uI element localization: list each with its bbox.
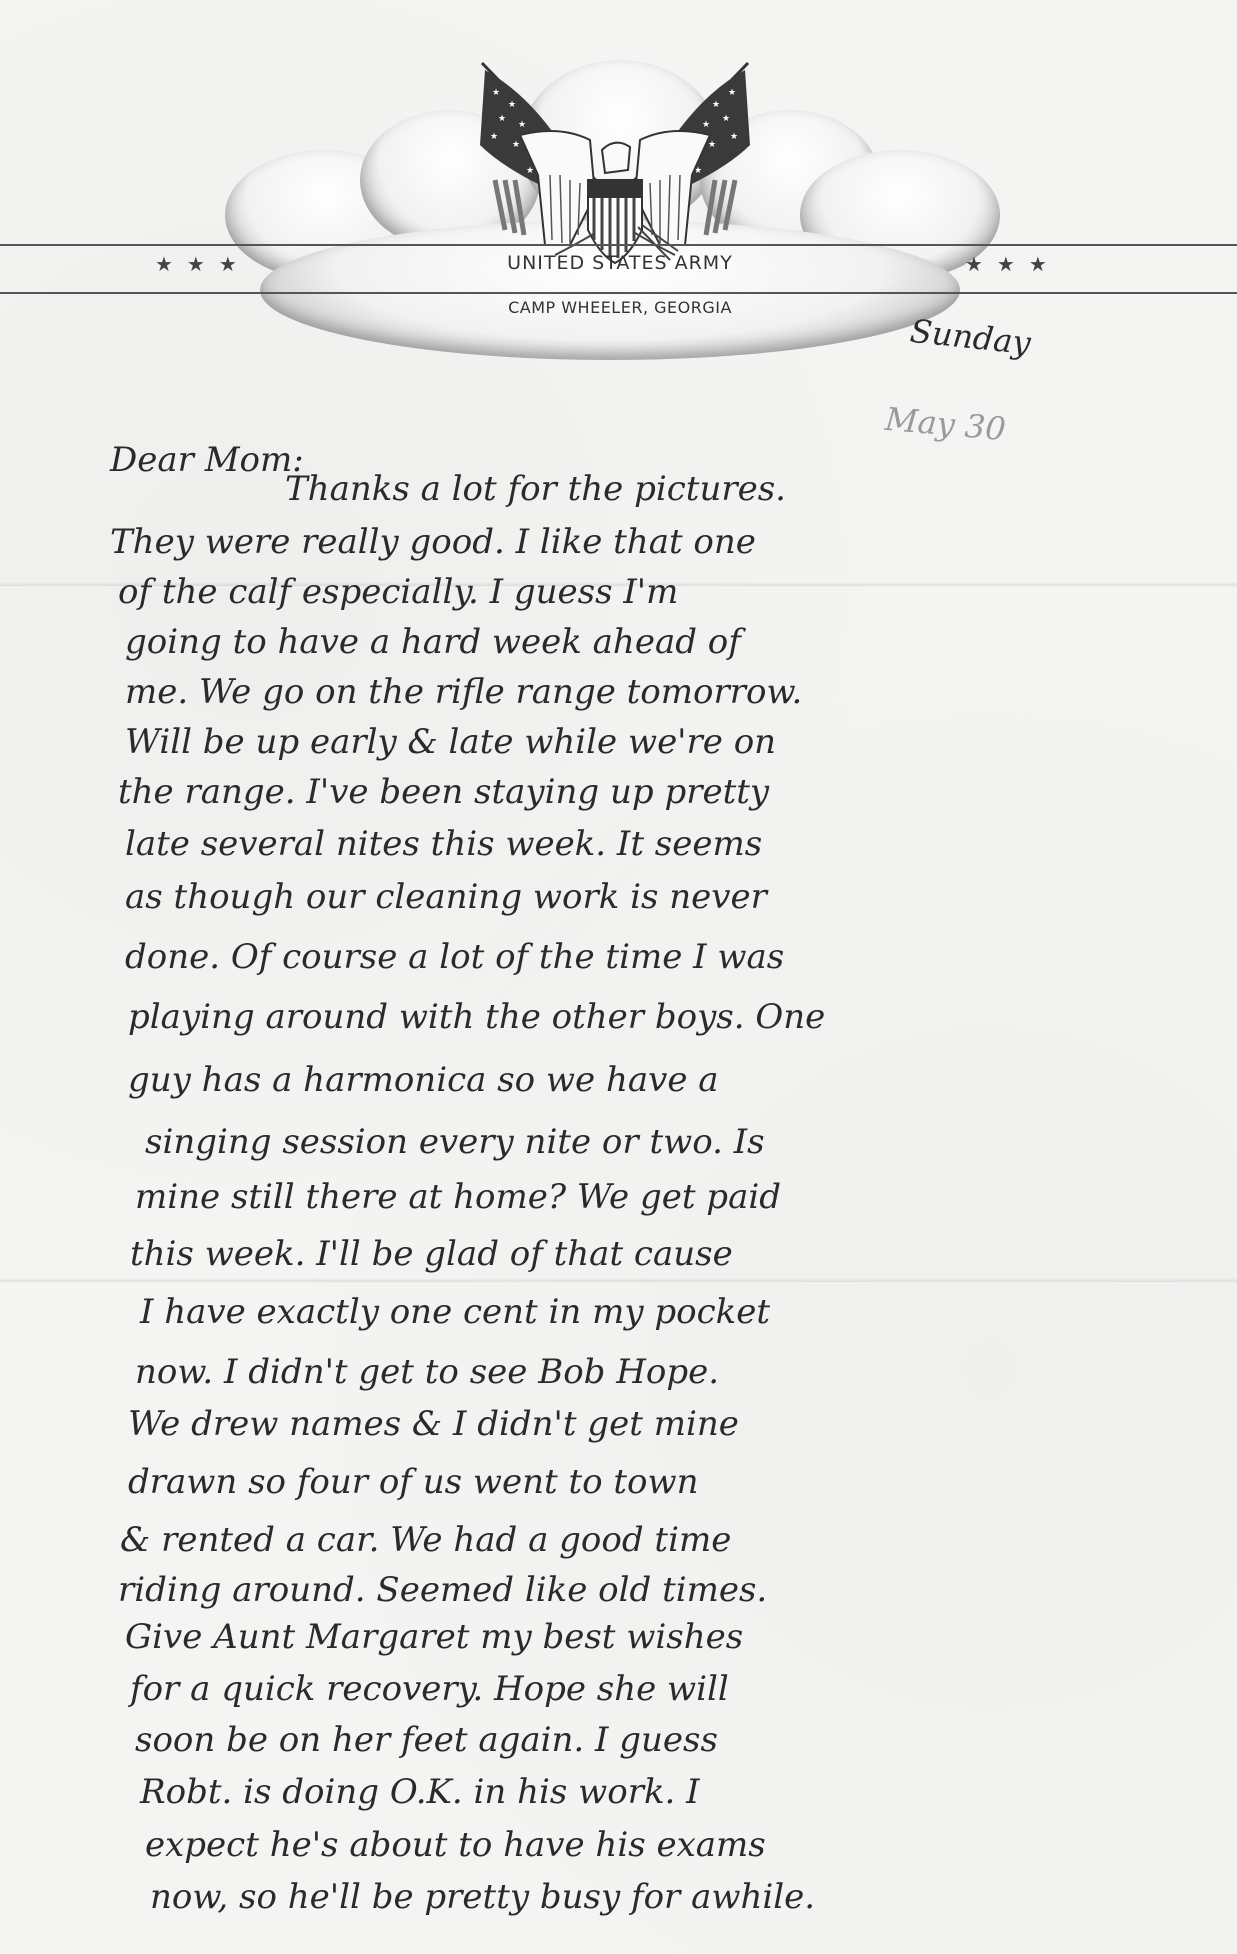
letter-date: May 30 xyxy=(884,400,1008,448)
letter-line: now, so he'll be pretty busy for awhile. xyxy=(150,1877,815,1917)
location-subtitle: CAMP WHEELER, GEORGIA xyxy=(430,298,810,317)
paper-fold xyxy=(0,1278,1237,1284)
letter-line: We drew names & I didn't get mine xyxy=(128,1404,739,1444)
svg-text:★: ★ xyxy=(728,88,736,98)
letter-line: for a quick recovery. Hope she will xyxy=(130,1669,729,1709)
letter-line: riding around. Seemed like old times. xyxy=(118,1570,767,1610)
letter-line: guy has a harmonica so we have a xyxy=(128,1060,719,1100)
letter-line: the range. I've been staying up pretty xyxy=(118,772,769,812)
svg-text:★: ★ xyxy=(730,132,738,142)
letter-line: singing session every nite or two. Is xyxy=(145,1122,765,1162)
letterhead-rule-top xyxy=(0,244,1237,246)
svg-text:★: ★ xyxy=(708,140,716,150)
letter-line: as though our cleaning work is never xyxy=(125,877,767,917)
letter-line: soon be on her feet again. I guess xyxy=(135,1720,718,1760)
svg-text:★: ★ xyxy=(498,114,506,124)
letter-line: of the calf especially. I guess I'm xyxy=(118,572,678,612)
letter-line: mine still there at home? We get paid xyxy=(135,1177,781,1217)
letter-line: done. Of course a lot of the time I was xyxy=(125,937,784,977)
letter-line: now. I didn't get to see Bob Hope. xyxy=(135,1352,719,1392)
letter-line: playing around with the other boys. One xyxy=(128,997,825,1037)
letter-line: Robt. is doing O.K. in his work. I xyxy=(140,1772,700,1812)
svg-text:★: ★ xyxy=(702,120,710,130)
letter-line: drawn so four of us went to town xyxy=(128,1462,699,1502)
letter-line: me. We go on the rifle range tomorrow. xyxy=(125,672,802,712)
stars-left: ★★★ xyxy=(155,252,251,276)
organization-title: UNITED STATES ARMY xyxy=(460,252,780,274)
svg-text:★: ★ xyxy=(490,132,498,142)
svg-text:★: ★ xyxy=(712,100,720,110)
svg-text:★: ★ xyxy=(512,140,520,150)
letter-line: & rented a car. We had a good time xyxy=(120,1520,731,1560)
letter-line: Give Aunt Margaret my best wishes xyxy=(125,1617,743,1657)
letter-line: Thanks a lot for the pictures. xyxy=(285,469,786,509)
eagle-shield-emblem-icon: ★★★ ★★★ ★★ ★★★ ★★★ ★★ xyxy=(460,55,770,285)
letter-line: late several nites this week. It seems xyxy=(125,824,762,864)
letter-line: going to have a hard week ahead of xyxy=(125,622,741,662)
svg-text:★: ★ xyxy=(508,100,516,110)
letterhead: ★★★ ★★★ ★★ ★★★ ★★★ ★★ ★★★ ★★★ UNITED STA… xyxy=(0,0,1237,370)
salutation: Dear Mom: xyxy=(110,440,304,480)
letter-line: I have exactly one cent in my pocket xyxy=(140,1292,770,1332)
svg-text:★: ★ xyxy=(518,120,526,130)
letter-line: They were really good. I like that one xyxy=(110,522,756,562)
stars-right: ★★★ xyxy=(965,252,1061,276)
letter-line: this week. I'll be glad of that cause xyxy=(130,1234,733,1274)
svg-text:★: ★ xyxy=(526,166,534,176)
letter-line: Will be up early & late while we're on xyxy=(125,722,776,762)
letterhead-rule-bottom xyxy=(0,292,1237,294)
letter-line: expect he's about to have his exams xyxy=(145,1825,766,1865)
svg-text:★: ★ xyxy=(492,88,500,98)
svg-text:★: ★ xyxy=(722,114,730,124)
